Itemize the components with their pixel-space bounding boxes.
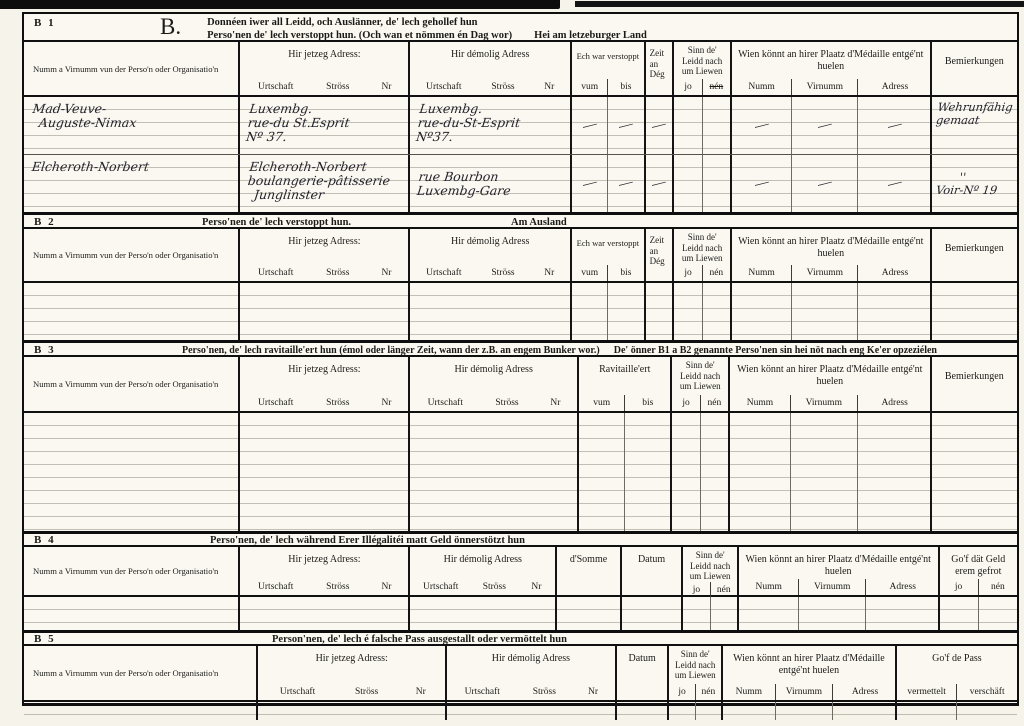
section-b2-header-row: Numm a Virnumm vun der Perso'n oder Orga…: [24, 229, 1017, 283]
header-hidden-period: Ech war verstoppt vum bis: [570, 42, 643, 95]
header-current-address: Hir jetzeg Adress: Urtschaft Ströss Nr: [238, 42, 408, 95]
entry-remark: Wehrunfähig gemaat: [932, 99, 1013, 127]
header-still-alive: Sinn de' Leidd nach um Liewen jo nén: [667, 646, 721, 700]
entry-wnumm-dash: —: [753, 116, 770, 135]
section-b2-title-location: Am Ausland: [511, 216, 567, 229]
header-still-alive: Sinn de' Leidd nach um Liewen jo nén: [670, 357, 728, 411]
sub-nr: Nr: [529, 82, 571, 92]
entry-wvirnumm-dash: —: [816, 116, 833, 135]
header-still-alive: Sinn de' Leidd nach um Liewen jo nén: [681, 547, 737, 595]
header-remarks: Bemierkungen: [930, 229, 1017, 281]
entry-former-address: Luxembg. rue-du-St-Esprit Nº37.: [410, 99, 524, 144]
entry-wadress-dash: —: [886, 174, 903, 193]
header-current-address: Hir jetzeg Adress: Urtschaft Ströss Nr: [256, 646, 445, 700]
header-medal-recipient: Wien könnt an hirer Plaatz d'Médaille en…: [728, 357, 930, 411]
section-b4-titlebar: B 4 Perso'nen, de' lech während Erer Ill…: [24, 534, 1017, 547]
section-b5-titlebar: B 5 Person'nen, de' lech é falsche Pass …: [24, 633, 1017, 646]
entry-wnumm-dash: —: [753, 174, 770, 193]
section-b2-label: B 2: [24, 215, 92, 228]
questionnaire-form: B 1 B. Donnéen iwer all Leidd, och Auslä…: [22, 12, 1019, 706]
sub-virnumm: Virnumm: [791, 79, 857, 95]
entry-name: Elcheroth-Norbert: [25, 157, 150, 174]
entry-bis-dash: —: [617, 116, 634, 135]
form-letter-b: B.: [160, 14, 181, 38]
header-name-column: Numm a Virnumm vun der Perso'n oder Orga…: [24, 357, 238, 411]
section-b2-title: Perso'nen de' lech verstoppt hun.: [202, 216, 351, 229]
section-b1-title-line1: Donnéen iwer all Leidd, och Auslänner, d…: [207, 16, 647, 29]
section-b5: B 5 Person'nen, de' lech é falsche Pass …: [24, 630, 1017, 720]
section-b4: B 4 Perso'nen, de' lech während Erer Ill…: [24, 531, 1017, 630]
section-b3: B 3 Perso'nen, de' lech ravitaille'ert h…: [24, 340, 1017, 531]
section-b2: B 2 Perso'nen de' lech verstoppt hun. Am…: [24, 212, 1017, 340]
scan-edge-right: [575, 1, 1024, 7]
header-former-address: Hir démolig Adress Urtschaft Ströss Nr: [408, 547, 555, 595]
header-medal-recipient: Wien könnt an hirer Plaatz d'Médaille en…: [730, 229, 930, 281]
header-former-address: Hir démolig Adress Urtschaft Ströss Nr: [445, 646, 615, 700]
section-b5-header-row: Numm a Virnumm vun der Perso'n oder Orga…: [24, 646, 1017, 702]
header-medal-recipient: Wien könnt an hirer Plaatz d'Médaille en…: [730, 42, 930, 95]
sub-stross: Ströss: [311, 82, 365, 92]
section-b5-label: B 5: [24, 633, 92, 645]
entry-remark: '' Voir-Nº 19: [932, 169, 999, 197]
sub-bis: bis: [607, 79, 643, 95]
header-zeit-an-deg: Zeit an Dég: [644, 42, 673, 95]
header-ravitailleert: Ravitaille'ert vum bis: [577, 357, 670, 411]
section-b5-title: Person'nen, de' lech é falsche Pass ausg…: [272, 633, 567, 646]
entry-name: Mad-Veuve- Auguste-Nimax: [24, 99, 139, 130]
sub-adress: Adress: [857, 79, 931, 95]
section-b2-titlebar: B 2 Perso'nen de' lech verstoppt hun. Am…: [24, 215, 1017, 229]
entry-zeit-dash: —: [650, 174, 667, 193]
sub-vum: vum: [572, 79, 607, 95]
header-medal-recipient: Wien könnt an hirer Plaatz d'Médaille en…: [721, 646, 895, 700]
medal-recipient-title: Wien könnt an hirer Plaatz d'Médaille en…: [732, 42, 930, 79]
entry-current-address: Luxembg. rue-du St.Esprit Nº 37.: [240, 99, 353, 144]
sub-jo: jo: [674, 79, 701, 95]
sub-numm: Numm: [732, 79, 791, 95]
entry-wadress-dash: —: [886, 116, 903, 135]
header-current-address: Hir jetzeg Adress: Urtschaft Ströss Nr: [238, 229, 408, 281]
section-b1-title-location: Hei am letzeburger Land: [534, 29, 647, 42]
header-pass-outcome: Go'f de Pass vermettelt verschäft: [895, 646, 1017, 700]
header-still-alive: Sinn de' Leidd nach um Liewen jo nén: [672, 229, 730, 281]
header-name-column: Numm a Virnumm vun der Perso'n oder Orga…: [24, 42, 238, 95]
b1-row-2: Elcheroth-Norbert Elcheroth-Norbert boul…: [24, 154, 1017, 212]
b1-row-1: Mad-Veuve- Auguste-Nimax Luxembg. rue-du…: [24, 97, 1017, 154]
header-zeit-an-deg: Zeit an Dég: [644, 229, 673, 281]
section-b3-header-row: Numm a Virnumm vun der Perso'n oder Orga…: [24, 357, 1017, 413]
entry-bis-dash: —: [617, 174, 634, 193]
section-b4-label: B 4: [24, 534, 92, 546]
scan-edge-artifact: [0, 0, 1024, 10]
header-name-column: Numm a Virnumm vun der Perso'n oder Orga…: [24, 547, 238, 595]
b5-empty-rows: [24, 702, 1017, 720]
entry-vum-dash: —: [581, 116, 598, 135]
entry-zeit-dash: —: [650, 116, 667, 135]
header-datum: Datum: [620, 547, 682, 595]
header-current-address: Hir jetzeg Adress: Urtschaft Ströss Nr: [238, 547, 408, 595]
sub-urtschaft: Urtschaft: [240, 82, 310, 92]
section-b1-title-line2: Perso'nen de' lech verstoppt hun. (Och w…: [207, 29, 512, 42]
section-b4-header-row: Numm a Virnumm vun der Perso'n oder Orga…: [24, 547, 1017, 597]
entry-former-address: rue Bourbon Luxembg-Gare: [410, 167, 514, 198]
entry-vum-dash: —: [581, 174, 598, 193]
section-b4-title: Perso'nen, de' lech während Erer Illégal…: [210, 534, 525, 547]
former-address-title: Hir démolig Adress: [410, 42, 570, 79]
sub-urtschaft: Urtschaft: [410, 82, 477, 92]
hidden-period-title: Ech war verstoppt: [572, 42, 643, 79]
header-remarks: Bemierkungen: [930, 42, 1017, 95]
header-medal-recipient: Wien könnt an hirer Plaatz d'Médaille en…: [737, 547, 938, 595]
entry-current-address: Elcheroth-Norbert boulangerie-pâtisserie…: [240, 157, 394, 202]
header-still-alive: Sinn de' Leidd nach um Liewen jo nén: [672, 42, 730, 95]
b2-empty-rows: [24, 283, 1017, 340]
section-b3-title-note: De' önner B1 a B2 genannte Perso'nen sin…: [614, 344, 937, 357]
sub-nr: Nr: [365, 82, 409, 92]
still-alive-title: Sinn de' Leidd nach um Liewen: [674, 42, 730, 79]
header-former-address: Hir démolig Adress Urtschaft Ströss Nr: [408, 357, 577, 411]
scan-edge-left: [0, 0, 560, 9]
section-b3-label: B 3: [24, 343, 92, 356]
sub-stross: Ströss: [477, 82, 528, 92]
header-former-address: Hir démolig Adress Urtschaft Ströss Nr: [408, 229, 570, 281]
b3-empty-rows: [24, 413, 1017, 531]
section-b1: B 1 B. Donnéen iwer all Leidd, och Auslä…: [24, 14, 1017, 212]
header-somme: d'Somme: [555, 547, 620, 595]
header-remarks: Bemierkungen: [930, 357, 1017, 411]
header-former-address: Hir démolig Adress Urtschaft Ströss Nr: [408, 42, 570, 95]
section-b1-label: B 1: [24, 14, 92, 29]
header-current-address: Hir jetzeg Adress: Urtschaft Ströss Nr: [238, 357, 408, 411]
section-b1-titlebar: B 1 B. Donnéen iwer all Leidd, och Auslä…: [24, 14, 1017, 42]
header-money-asked-back: Go'f dät Geld erem gefrot jo nén: [938, 547, 1018, 595]
section-b1-header-row: Numm a Virnumm vun der Perso'n oder Orga…: [24, 42, 1017, 97]
header-hidden-period: Ech war verstoppt vum bis: [570, 229, 643, 281]
section-b3-title: Perso'nen, de' lech ravitaille'ert hun (…: [182, 344, 600, 357]
current-address-title: Hir jetzeg Adress:: [240, 42, 408, 79]
section-b3-titlebar: B 3 Perso'nen, de' lech ravitaille'ert h…: [24, 343, 1017, 357]
header-name-column: Numm a Virnumm vun der Perso'n oder Orga…: [24, 229, 238, 281]
b4-empty-rows: [24, 597, 1017, 630]
sub-nen-struck: nén: [702, 79, 730, 95]
entry-wvirnumm-dash: —: [816, 174, 833, 193]
header-name-column: Numm a Virnumm vun der Perso'n oder Orga…: [24, 646, 256, 700]
header-datum: Datum: [615, 646, 668, 700]
